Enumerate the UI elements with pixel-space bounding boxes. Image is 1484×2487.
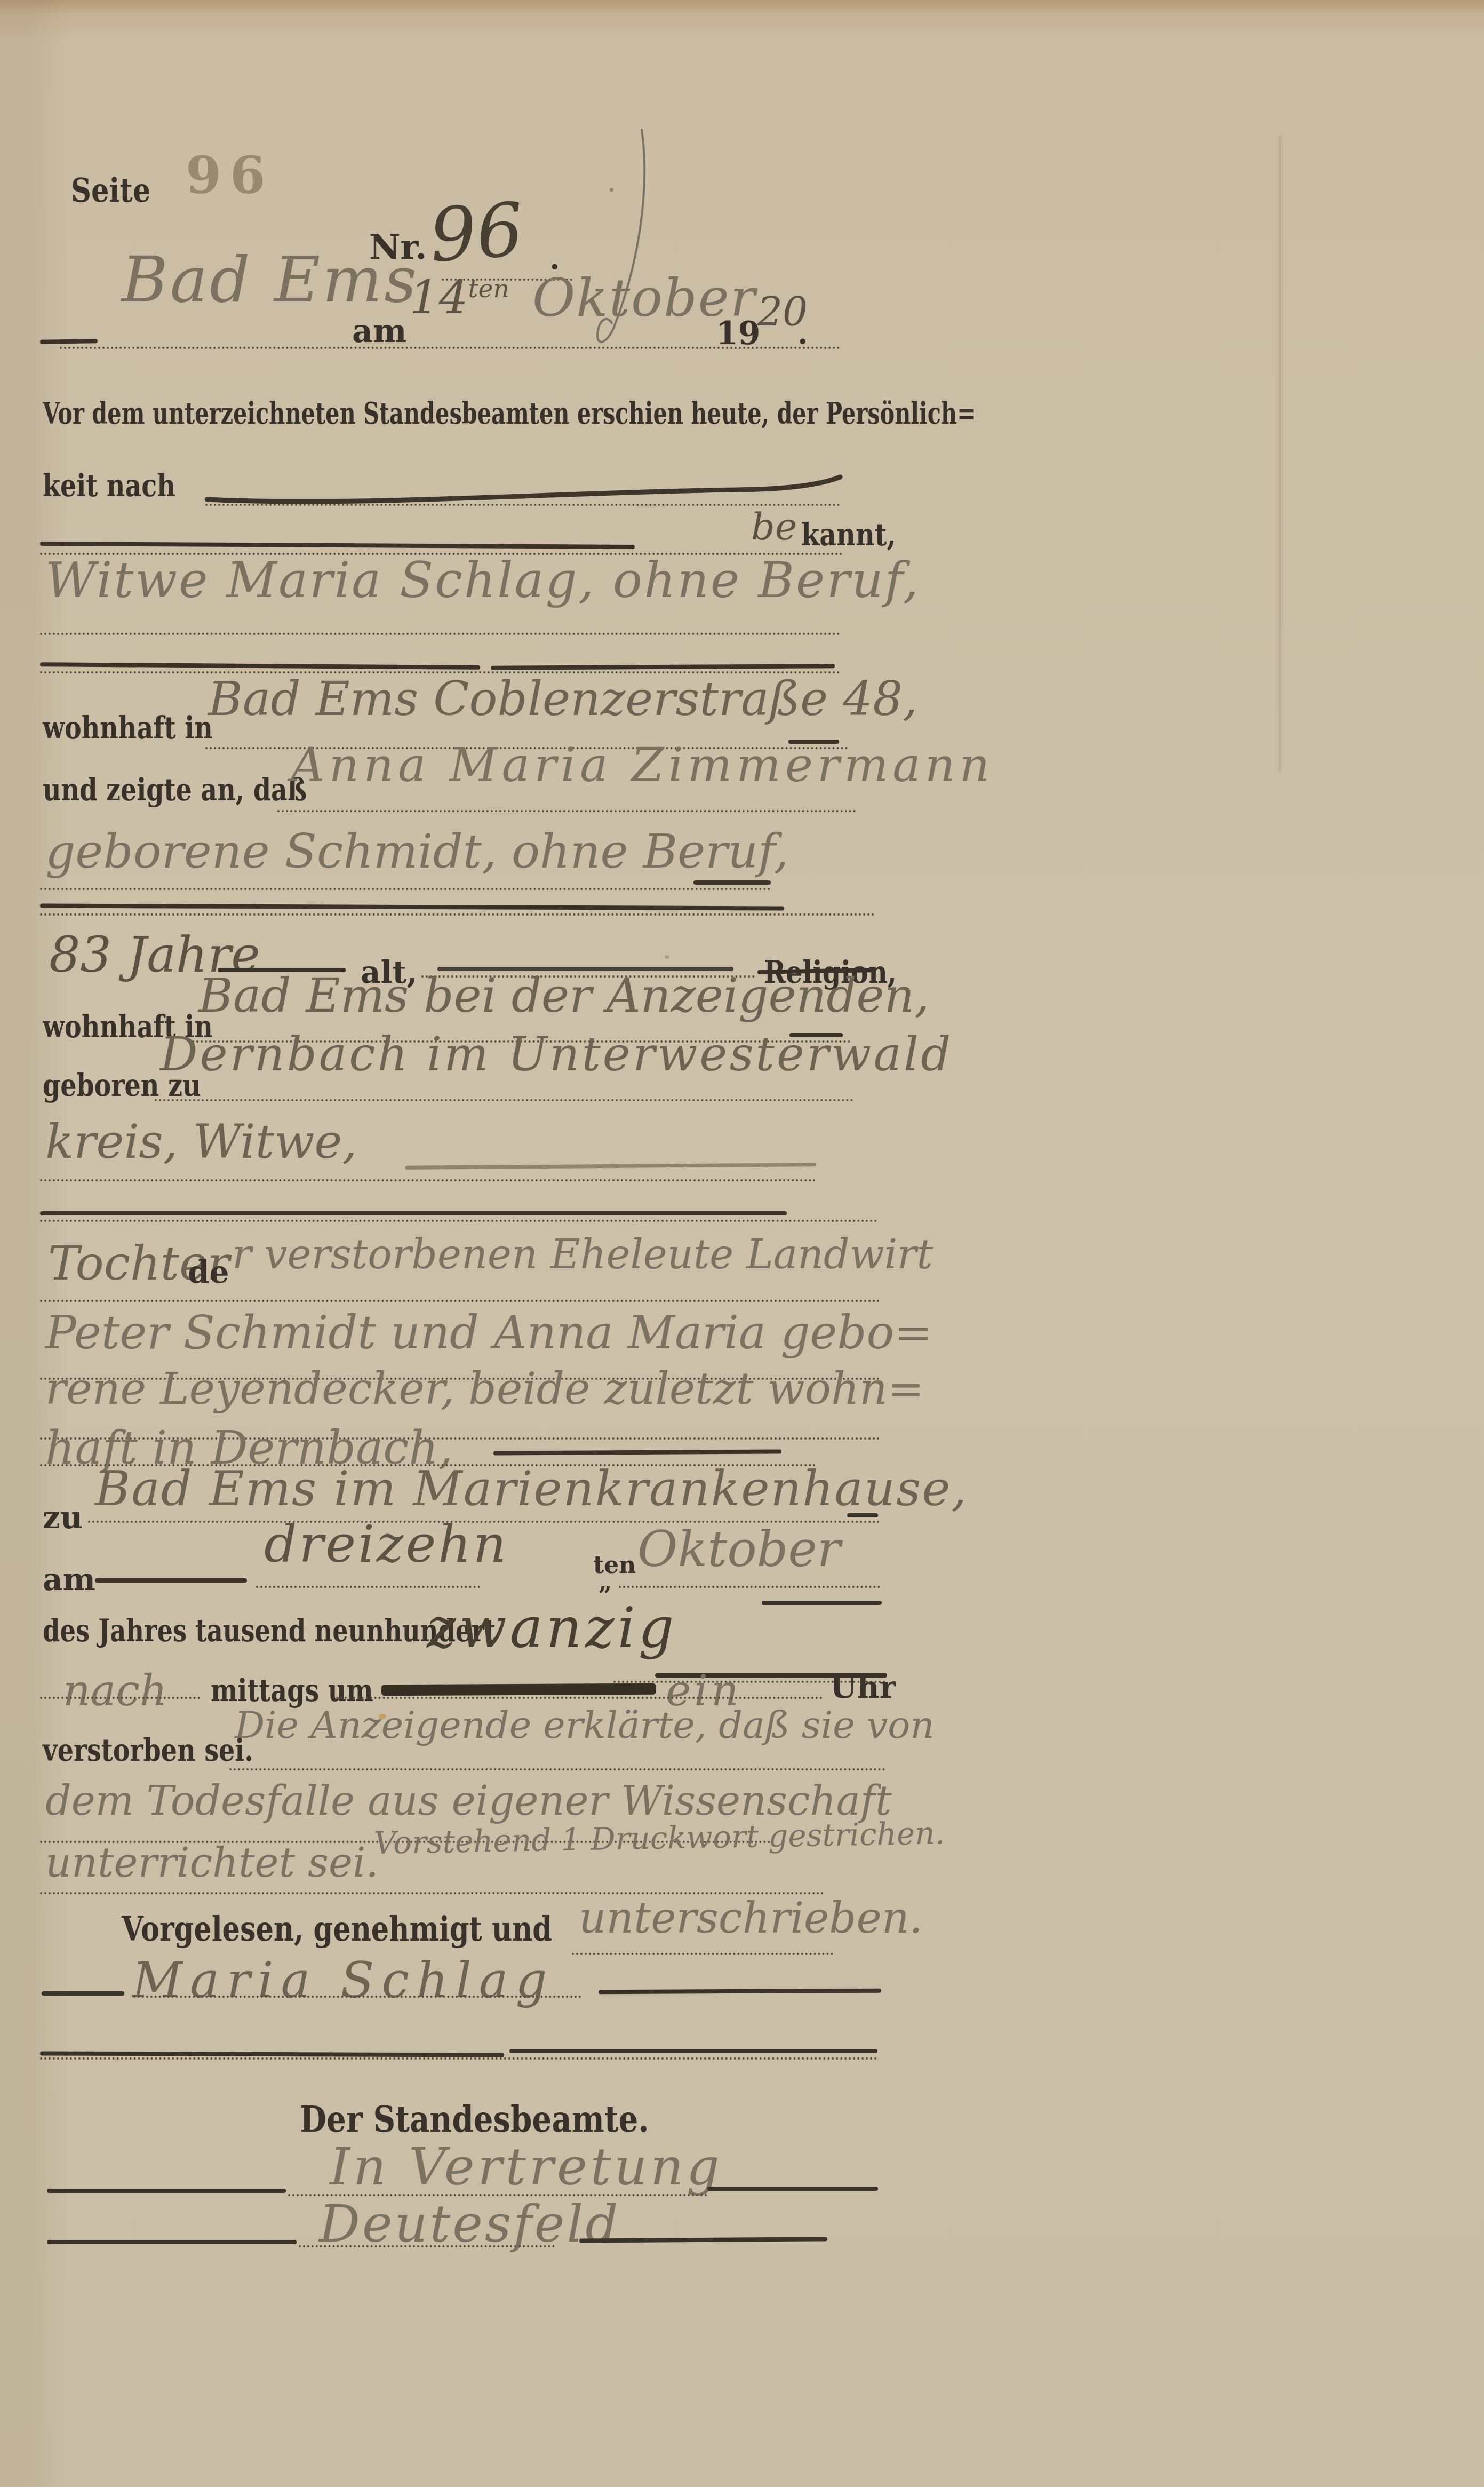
time-rule-left <box>40 1697 200 1699</box>
deputy-stroke-right <box>707 2187 878 2191</box>
record-number-value: 96 <box>427 187 526 279</box>
footer-divider-stroke-left <box>40 2051 504 2057</box>
signature-rule <box>133 1996 581 1998</box>
death-day-rule <box>256 1586 480 1588</box>
relation-rule <box>40 1300 880 1302</box>
dateline-day-handwritten: 14ten <box>410 271 509 324</box>
paper-crease <box>1279 136 1281 771</box>
declarant-residence-handwritten: Bad Ems Coblenzerstraße 48, <box>208 671 917 726</box>
verstorben-label: verstorben sei. <box>43 1732 253 1768</box>
year-word-handwritten: zwanzig <box>427 1595 677 1660</box>
declaration-handwritten-3: unterrichtet sei. <box>45 1839 379 1886</box>
page-side-label: Seite <box>71 171 150 210</box>
zu-label: zu <box>43 1499 83 1536</box>
birthplace-handwritten-2: kreis, Witwe, <box>45 1114 357 1169</box>
death-place-handwritten: Bad Ems im Marienkrankenhause, <box>95 1461 968 1517</box>
death-place-end-dash <box>847 1513 878 1517</box>
declarant-name-rule <box>40 633 840 635</box>
intro-line-1: Vor dem unterzeichneten Standesbeamten e… <box>43 396 976 431</box>
birthplace-rule-2 <box>40 1179 816 1181</box>
deputy-stroke-left <box>47 2189 286 2193</box>
death-month-end-stroke <box>762 1601 882 1605</box>
dateline-lead-stroke <box>40 339 98 344</box>
death-register-page: Seite 96 Nr. 96 . Bad Ems am 14ten Oktob… <box>0 0 1484 2487</box>
declaration-rule-1 <box>229 1768 885 1770</box>
minutes-blank-filled-bar <box>381 1683 656 1696</box>
registrar-label: Der Standesbeamte. <box>300 2098 649 2141</box>
footer-divider-stroke-right <box>509 2049 877 2053</box>
vorgelesen-label: Vorgelesen, genehmigt und <box>122 1909 552 1949</box>
deceased-residence-handwritten: Bad Ems bei der Anzeigenden, <box>198 968 929 1023</box>
ten-quote-mark: „ <box>599 1569 612 1596</box>
section-divider-rule-1 <box>40 913 875 916</box>
dateline-period: . <box>797 316 808 351</box>
signature-stroke-right <box>599 1989 881 1995</box>
maiden-rule <box>40 888 771 890</box>
parents-handwritten-1: Peter Schmidt und Anna Maria gebo= <box>45 1306 932 1360</box>
declaration-handwritten-2: dem Todesfalle aus eigener Wissenschaft <box>45 1777 891 1824</box>
birthplace-handwritten-1: Dernbach im Unterwesterwald <box>160 1027 953 1082</box>
paper-speck <box>665 955 669 959</box>
birthplace-end-stroke <box>405 1163 816 1169</box>
page-number-stamp: 96 <box>186 145 274 205</box>
day-number: 14 <box>410 271 468 324</box>
death-month-rule <box>619 1586 880 1588</box>
section-divider-stroke-2 <box>40 1211 787 1215</box>
section-divider-stroke-1 <box>40 904 784 911</box>
dateline-place-handwritten: Bad Ems <box>122 243 419 316</box>
dateline-rule <box>60 347 840 349</box>
registrar-stroke-left <box>47 2240 297 2244</box>
birthplace-rule <box>155 1099 853 1101</box>
relation-de-label: de <box>188 1254 229 1290</box>
death-day-lead-stroke <box>95 1578 247 1583</box>
intro-line-2: keit nach <box>43 467 175 504</box>
deceased-name-rule <box>277 810 856 812</box>
declarant-signature-handwritten: Maria Schlag <box>132 1952 555 2009</box>
declarant-name-handwritten: Witwe Maria Schlag, ohne Beruf, <box>45 552 920 609</box>
wohnhaft-label-1: wohnhaft in <box>43 710 213 746</box>
unterschrieben-rule <box>572 1953 833 1955</box>
dateline-am-label: am <box>352 313 406 350</box>
deceased-maiden-handwritten: geborene Schmidt, ohne Beruf, <box>45 824 788 879</box>
deceased-name-handwritten: Anna Maria Zimmermann <box>291 737 994 792</box>
signature-stroke-left <box>42 1991 124 1996</box>
declaration-handwritten-1: Die Anzeigende erklärte, daß sie von <box>235 1703 935 1747</box>
bekannt-label: kannt, <box>801 517 896 553</box>
intro-blank-rule <box>205 504 840 506</box>
maiden-end-dash <box>693 880 771 885</box>
zeigte-label: und zeigte an, daß <box>43 772 307 808</box>
time-prefix-handwritten: nach <box>63 1666 167 1715</box>
section-divider-rule-2 <box>40 1220 877 1222</box>
second-blank-crossout-right <box>491 664 835 670</box>
identity-blank-crossout <box>40 542 635 549</box>
deputy-note-handwritten: In Vertretung <box>330 2137 722 2197</box>
day-suffix: ten <box>468 274 509 304</box>
bekannt-prefix-handwritten: be <box>751 505 797 549</box>
uhr-label: Uhr <box>830 1669 896 1705</box>
death-month-handwritten: Oktober <box>637 1521 841 1578</box>
parents-handwritten-2: rene Leyendecker, beide zuletzt wohn= <box>45 1364 924 1415</box>
footer-divider-rule <box>40 2057 877 2060</box>
relation-rest-handwritten: r verstorbenen Eheleute Landwirt <box>232 1230 933 1278</box>
unterschrieben-handwritten: unterschrieben. <box>579 1893 923 1943</box>
parents-end-stroke <box>493 1450 781 1456</box>
second-blank-crossout-left <box>40 662 480 670</box>
registrar-rule <box>299 2245 555 2247</box>
time-rule-right <box>336 1697 823 1699</box>
am-label-2: am <box>43 1561 95 1598</box>
death-day-handwritten: dreizehn <box>264 1514 508 1574</box>
